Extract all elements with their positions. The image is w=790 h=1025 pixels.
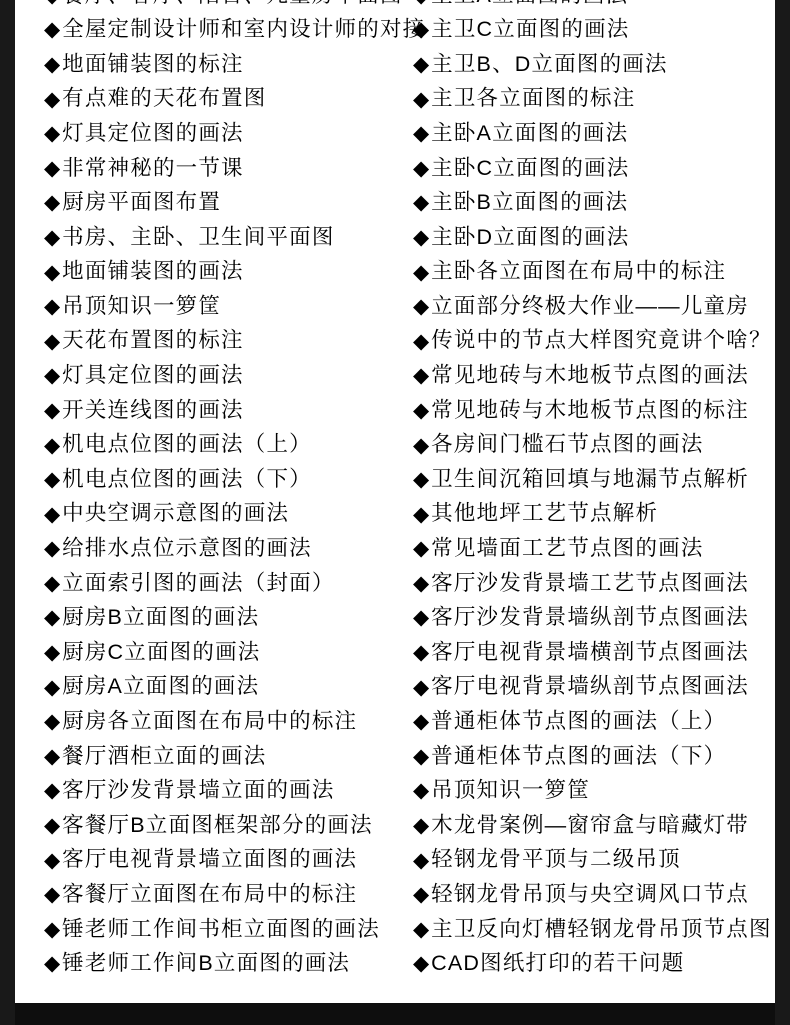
course-item-label: 主卧C立面图的画法 [431, 158, 629, 180]
diamond-bullet-icon: ◆ [413, 435, 429, 456]
course-item: ◆有点难的天花布置图 [44, 82, 425, 117]
right-border [775, 0, 790, 1025]
diamond-bullet-icon: ◆ [44, 469, 60, 490]
course-item: ◆普通柜体节点图的画法（下） [413, 739, 772, 774]
course-item-label: 全屋定制设计师和室内设计师的对接 [62, 19, 425, 41]
diamond-bullet-icon: ◆ [44, 746, 60, 767]
diamond-bullet-icon: ◆ [413, 331, 429, 352]
course-item-label: 常见墙面工艺节点图的画法 [431, 538, 703, 560]
diamond-bullet-icon: ◆ [44, 435, 60, 456]
course-item: ◆厨房B立面图的画法 [44, 601, 425, 636]
course-item: ◆厨房C立面图的画法 [44, 635, 425, 670]
diamond-bullet-icon: ◆ [413, 850, 429, 871]
diamond-bullet-icon: ◆ [413, 780, 429, 801]
diamond-bullet-icon: ◆ [413, 919, 429, 940]
course-item-label: 主卫反向灯槽轻钢龙骨吊顶节点图 [431, 919, 772, 941]
course-item-label: 立面部分终极大作业——儿童房 [431, 296, 749, 318]
diamond-bullet-icon: ◆ [413, 711, 429, 732]
course-item-label: 厨房B立面图的画法 [62, 607, 259, 629]
course-item: ◆主卧D立面图的画法 [413, 220, 772, 255]
course-item: ◆轻钢龙骨吊顶与央空调风口节点 [413, 877, 772, 912]
diamond-bullet-icon: ◆ [413, 573, 429, 594]
diamond-bullet-icon: ◆ [413, 504, 429, 525]
diamond-bullet-icon: ◆ [413, 192, 429, 213]
diamond-bullet-icon: ◆ [413, 365, 429, 386]
diamond-bullet-icon: ◆ [413, 19, 429, 40]
course-item-label: 客厅电视背景墙纵剖节点图画法 [431, 676, 749, 698]
diamond-bullet-icon: ◆ [413, 607, 429, 628]
diamond-bullet-icon: ◆ [44, 227, 60, 248]
course-item-label: 书房、主卧、卫生间平面图 [62, 227, 334, 249]
diamond-bullet-icon: ◆ [44, 780, 60, 801]
diamond-bullet-icon: ◆ [44, 815, 60, 836]
course-item-label: 餐厅、客厅、阳台、儿童房平面图 [62, 0, 403, 6]
course-item: ◆吊顶知识一箩筐 [44, 289, 425, 324]
course-item: ◆常见地砖与木地板节点图的画法 [413, 359, 772, 394]
course-item: ◆灯具定位图的画法 [44, 116, 425, 151]
diamond-bullet-icon: ◆ [44, 642, 60, 663]
course-item-label: 开关连线图的画法 [62, 400, 244, 422]
course-item: ◆CAD图纸打印的若干问题 [413, 947, 772, 982]
course-item: ◆木龙骨案例—窗帘盒与暗藏灯带 [413, 808, 772, 843]
diamond-bullet-icon: ◆ [413, 538, 429, 559]
course-item-label: 普通柜体节点图的画法（上） [431, 711, 726, 733]
course-item-label: 吊顶知识一箩筐 [62, 296, 221, 318]
course-item: ◆传说中的节点大样图究竟讲个啥？ [413, 324, 772, 359]
course-item-label: 机电点位图的画法（下） [62, 469, 312, 491]
course-item: ◆客厅电视背景墙横剖节点图画法 [413, 635, 772, 670]
course-item: ◆吊顶知识一箩筐 [413, 774, 772, 809]
course-item-label: 客厅沙发背景墙工艺节点图画法 [431, 573, 749, 595]
diamond-bullet-icon: ◆ [413, 0, 429, 6]
course-item: ◆常见地砖与木地板节点图的标注 [413, 393, 772, 428]
course-item-label: 各房间门槛石节点图的画法 [431, 434, 703, 456]
course-item-label: 天花布置图的标注 [62, 330, 244, 352]
diamond-bullet-icon: ◆ [413, 227, 429, 248]
course-item-label: 地面铺装图的画法 [62, 261, 244, 283]
course-catalog-page: { "page": { "bullet": "◆", "colors": { "… [0, 0, 790, 1025]
course-item-label: 传说中的节点大样图究竟讲个啥？ [431, 330, 772, 352]
course-item: ◆锤老师工作间书柜立面图的画法 [44, 912, 425, 947]
course-item: ◆客厅电视背景墙立面图的画法 [44, 843, 425, 878]
course-item-label: 机电点位图的画法（上） [62, 434, 312, 456]
course-item-label: 客餐厅立面图在布局中的标注 [62, 884, 357, 906]
course-item: ◆灯具定位图的画法 [44, 359, 425, 394]
diamond-bullet-icon: ◆ [44, 365, 60, 386]
course-item: ◆开关连线图的画法 [44, 393, 425, 428]
course-item: ◆餐厅、客厅、阳台、儿童房平面图 [44, 0, 425, 13]
diamond-bullet-icon: ◆ [44, 504, 60, 525]
diamond-bullet-icon: ◆ [413, 400, 429, 421]
course-item-label: 客厅沙发背景墙纵剖节点图画法 [431, 607, 749, 629]
course-item-label: 立面索引图的画法（封面） [62, 573, 334, 595]
course-item: ◆书房、主卧、卫生间平面图 [44, 220, 425, 255]
course-item-label: 主卧各立面图在布局中的标注 [431, 261, 726, 283]
course-item-label: 木龙骨案例—窗帘盒与暗藏灯带 [431, 815, 749, 837]
course-item-label: 其他地坪工艺节点解析 [431, 503, 658, 525]
diamond-bullet-icon: ◆ [44, 54, 60, 75]
course-list-panel: ◆餐厅、客厅、阳台、儿童房平面图◆全屋定制设计师和室内设计师的对接◆地面铺装图的… [15, 0, 775, 1003]
course-item-label: 厨房C立面图的画法 [62, 642, 260, 664]
course-item: ◆轻钢龙骨平顶与二级吊顶 [413, 843, 772, 878]
course-item-label: 地面铺装图的标注 [62, 54, 244, 76]
course-item: ◆地面铺装图的标注 [44, 47, 425, 82]
diamond-bullet-icon: ◆ [44, 89, 60, 110]
course-item-label: 厨房各立面图在布局中的标注 [62, 711, 357, 733]
course-item: ◆非常神秘的一节课 [44, 151, 425, 186]
diamond-bullet-icon: ◆ [413, 262, 429, 283]
course-item: ◆卫生间沉箱回填与地漏节点解析 [413, 462, 772, 497]
course-item: ◆客厅电视背景墙纵剖节点图画法 [413, 670, 772, 705]
course-item: ◆厨房A立面图的画法 [44, 670, 425, 705]
course-item: ◆主卫B、D立面图的画法 [413, 47, 772, 82]
diamond-bullet-icon: ◆ [413, 158, 429, 179]
course-item: ◆客厅沙发背景墙工艺节点图画法 [413, 566, 772, 601]
diamond-bullet-icon: ◆ [44, 850, 60, 871]
course-item: ◆主卧各立面图在布局中的标注 [413, 255, 772, 290]
course-item-label: CAD图纸打印的若干问题 [431, 953, 684, 975]
course-list-left-column: ◆餐厅、客厅、阳台、儿童房平面图◆全屋定制设计师和室内设计师的对接◆地面铺装图的… [44, 0, 425, 981]
course-item: ◆客厅沙发背景墙纵剖节点图画法 [413, 601, 772, 636]
diamond-bullet-icon: ◆ [413, 815, 429, 836]
course-item-label: 厨房平面图布置 [62, 192, 221, 214]
course-item: ◆其他地坪工艺节点解析 [413, 497, 772, 532]
course-item-label: 主卫B、D立面图的画法 [431, 54, 668, 76]
course-item: ◆给排水点位示意图的画法 [44, 532, 425, 567]
course-item-label: 锤老师工作间B立面图的画法 [62, 953, 350, 975]
course-item-label: 轻钢龙骨平顶与二级吊顶 [431, 849, 681, 871]
diamond-bullet-icon: ◆ [413, 469, 429, 490]
course-item-label: 轻钢龙骨吊顶与央空调风口节点 [431, 884, 749, 906]
diamond-bullet-icon: ◆ [44, 158, 60, 179]
diamond-bullet-icon: ◆ [413, 89, 429, 110]
course-item-label: 有点难的天花布置图 [62, 88, 266, 110]
course-item: ◆厨房各立面图在布局中的标注 [44, 704, 425, 739]
course-item: ◆常见墙面工艺节点图的画法 [413, 532, 772, 567]
course-item-label: 客餐厅B立面图框架部分的画法 [62, 815, 373, 837]
course-item: ◆客餐厅B立面图框架部分的画法 [44, 808, 425, 843]
course-item: ◆主卫A立面图的画法 [413, 0, 772, 13]
course-item: ◆主卧A立面图的画法 [413, 116, 772, 151]
course-item: ◆客厅沙发背景墙立面的画法 [44, 774, 425, 809]
course-item-label: 中央空调示意图的画法 [62, 503, 289, 525]
course-item: ◆立面索引图的画法（封面） [44, 566, 425, 601]
course-item-label: 锤老师工作间书柜立面图的画法 [62, 919, 380, 941]
course-item-label: 客厅沙发背景墙立面的画法 [62, 780, 334, 802]
course-item-label: 吊顶知识一箩筐 [431, 780, 590, 802]
course-item: ◆客餐厅立面图在布局中的标注 [44, 877, 425, 912]
diamond-bullet-icon: ◆ [44, 711, 60, 732]
course-item: ◆全屋定制设计师和室内设计师的对接 [44, 13, 425, 48]
diamond-bullet-icon: ◆ [413, 677, 429, 698]
course-item: ◆立面部分终极大作业——儿童房 [413, 289, 772, 324]
course-item: ◆主卧C立面图的画法 [413, 151, 772, 186]
course-item-label: 主卫A立面图的画法 [431, 0, 628, 6]
course-item: ◆主卫各立面图的标注 [413, 82, 772, 117]
course-item: ◆主卧B立面图的画法 [413, 186, 772, 221]
diamond-bullet-icon: ◆ [44, 607, 60, 628]
course-item: ◆主卫反向灯槽轻钢龙骨吊顶节点图 [413, 912, 772, 947]
course-item-label: 灯具定位图的画法 [62, 123, 244, 145]
course-item: ◆各房间门槛石节点图的画法 [413, 428, 772, 463]
diamond-bullet-icon: ◆ [44, 331, 60, 352]
diamond-bullet-icon: ◆ [413, 123, 429, 144]
course-item-label: 主卫各立面图的标注 [431, 88, 635, 110]
diamond-bullet-icon: ◆ [413, 54, 429, 75]
course-item: ◆锤老师工作间B立面图的画法 [44, 947, 425, 982]
bottom-bar [0, 1003, 790, 1025]
course-item-label: 普通柜体节点图的画法（下） [431, 746, 726, 768]
diamond-bullet-icon: ◆ [44, 919, 60, 940]
diamond-bullet-icon: ◆ [44, 884, 60, 905]
course-item: ◆普通柜体节点图的画法（上） [413, 704, 772, 739]
diamond-bullet-icon: ◆ [413, 642, 429, 663]
left-border [0, 0, 15, 1025]
course-item-label: 常见地砖与木地板节点图的标注 [431, 400, 749, 422]
course-item-label: 主卧B立面图的画法 [431, 192, 628, 214]
course-item: ◆机电点位图的画法（上） [44, 428, 425, 463]
course-item: ◆地面铺装图的画法 [44, 255, 425, 290]
course-item-label: 主卧A立面图的画法 [431, 123, 628, 145]
course-item-label: 客厅电视背景墙立面图的画法 [62, 849, 357, 871]
course-item: ◆中央空调示意图的画法 [44, 497, 425, 532]
course-item: ◆主卫C立面图的画法 [413, 13, 772, 48]
diamond-bullet-icon: ◆ [413, 953, 429, 974]
course-item: ◆餐厅酒柜立面的画法 [44, 739, 425, 774]
course-item-label: 餐厅酒柜立面的画法 [62, 746, 266, 768]
course-item: ◆天花布置图的标注 [44, 324, 425, 359]
course-item-label: 主卫C立面图的画法 [431, 19, 629, 41]
course-item-label: 客厅电视背景墙横剖节点图画法 [431, 642, 749, 664]
diamond-bullet-icon: ◆ [413, 746, 429, 767]
diamond-bullet-icon: ◆ [44, 677, 60, 698]
diamond-bullet-icon: ◆ [413, 884, 429, 905]
course-item: ◆厨房平面图布置 [44, 186, 425, 221]
diamond-bullet-icon: ◆ [44, 0, 60, 6]
diamond-bullet-icon: ◆ [44, 400, 60, 421]
diamond-bullet-icon: ◆ [44, 19, 60, 40]
diamond-bullet-icon: ◆ [44, 123, 60, 144]
course-item-label: 非常神秘的一节课 [62, 158, 244, 180]
diamond-bullet-icon: ◆ [44, 192, 60, 213]
diamond-bullet-icon: ◆ [44, 538, 60, 559]
diamond-bullet-icon: ◆ [413, 296, 429, 317]
course-list-right-column: ◆主卫A立面图的画法◆主卫C立面图的画法◆主卫B、D立面图的画法◆主卫各立面图的… [413, 0, 772, 981]
course-item: ◆机电点位图的画法（下） [44, 462, 425, 497]
diamond-bullet-icon: ◆ [44, 953, 60, 974]
diamond-bullet-icon: ◆ [44, 573, 60, 594]
diamond-bullet-icon: ◆ [44, 262, 60, 283]
course-item-label: 灯具定位图的画法 [62, 365, 244, 387]
course-item-label: 主卧D立面图的画法 [431, 227, 629, 249]
course-item-label: 给排水点位示意图的画法 [62, 538, 312, 560]
course-item-label: 卫生间沉箱回填与地漏节点解析 [431, 469, 749, 491]
course-item-label: 厨房A立面图的画法 [62, 676, 259, 698]
course-item-label: 常见地砖与木地板节点图的画法 [431, 365, 749, 387]
diamond-bullet-icon: ◆ [44, 296, 60, 317]
